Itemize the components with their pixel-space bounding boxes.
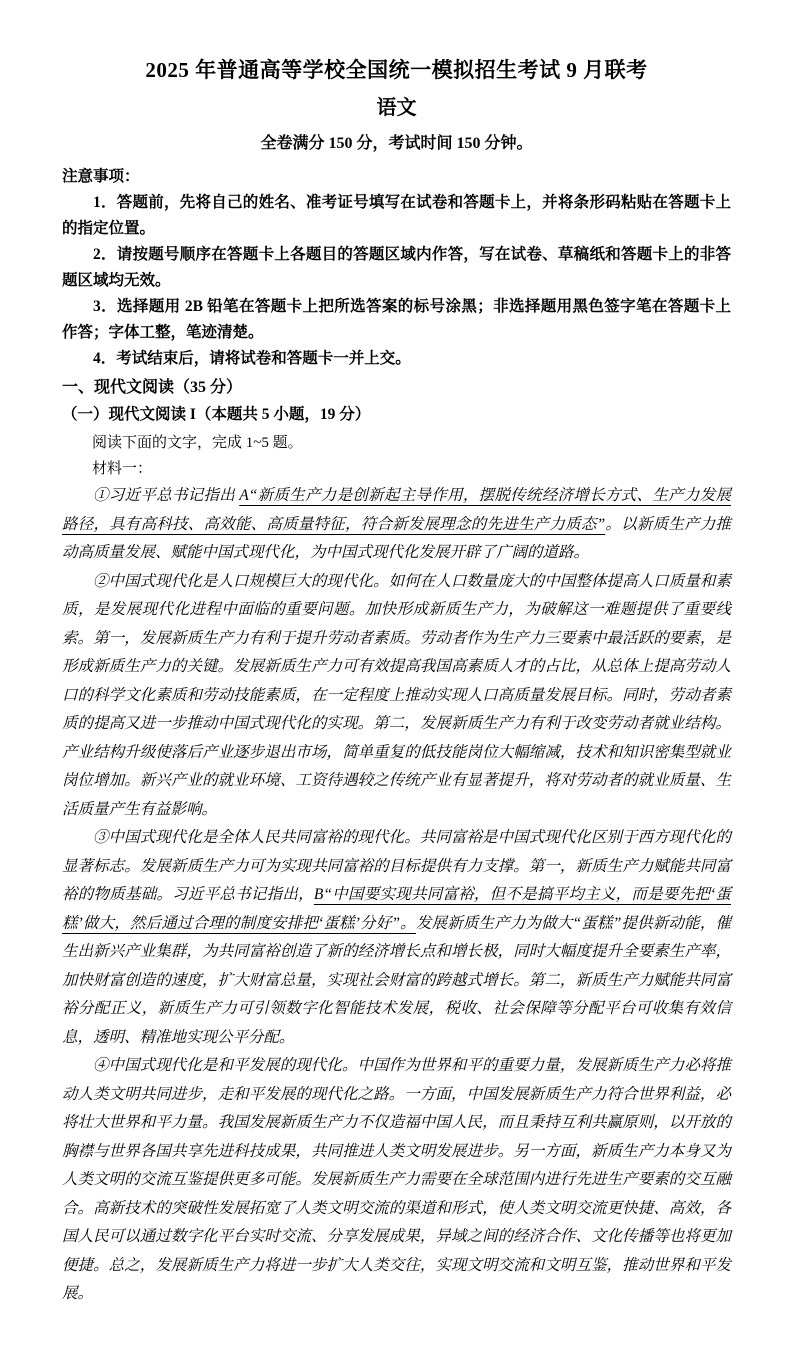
section-heading: 一、现代文阅读（35 分） (62, 374, 731, 401)
para1-prefix: ①习近平总书记指出 (93, 487, 239, 504)
notice-item-4: 4．考试结束后，请将试卷和答题卡一并上交。 (62, 346, 731, 372)
subject-title: 语文 (62, 94, 731, 122)
notices-label: 注意事项： (62, 164, 731, 190)
exam-info: 全卷满分 150 分，考试时间 150 分钟。 (62, 132, 731, 156)
notices-block: 注意事项： 1．答题前，先将自己的姓名、准考证号填写在试卷和答题卡上，并将条形码… (62, 164, 731, 372)
exam-paper-page: 2025 年普通高等学校全国统一模拟招生考试 9 月联考 语文 全卷满分 150… (0, 0, 793, 1349)
material-one-label: 材料一： (62, 456, 731, 482)
material-paragraph-3: ③中国式现代化是全体人民共同富裕的现代化。共同富裕是中国式现代化区别于西方现代化… (62, 824, 731, 1052)
material-paragraph-1: ①习近平总书记指出 A“新质生产力是创新起主导作用，摆脱传统经济增长方式、生产力… (62, 482, 731, 568)
material-paragraph-4: ④中国式现代化是和平发展的现代化。中国作为世界和平的重要力量，发展新质生产力必将… (62, 1052, 731, 1309)
material-one-body: ①习近平总书记指出 A“新质生产力是创新起主导作用，摆脱传统经济增长方式、生产力… (62, 482, 731, 1309)
reading-instruction: 阅读下面的文字，完成 1~5 题。 (62, 430, 731, 456)
notice-item-1: 1．答题前，先将自己的姓名、准考证号填写在试卷和答题卡上，并将条形码粘贴在答题卡… (62, 190, 731, 242)
notice-item-3: 3．选择题用 2B 铅笔在答题卡上把所选答案的标号涂黑；非选择题用黑色签字笔在答… (62, 294, 731, 346)
page-title: 2025 年普通高等学校全国统一模拟招生考试 9 月联考 (62, 56, 731, 84)
material-paragraph-2: ②中国式现代化是人口规模巨大的现代化。如何在人口数量庞大的中国整体提高人口质量和… (62, 568, 731, 825)
notice-item-2: 2．请按题号顺序在答题卡上各题目的答题区域内作答，写在试卷、草稿纸和答题卡上的非… (62, 242, 731, 294)
section-subheading: （一）现代文阅读 I（本题共 5 小题，19 分） (62, 401, 731, 428)
para3-suffix: 发展新质生产力为做大“蛋糕”提供新动能，催生出新兴产业集群，为共同富裕创造了新的… (62, 915, 731, 1046)
